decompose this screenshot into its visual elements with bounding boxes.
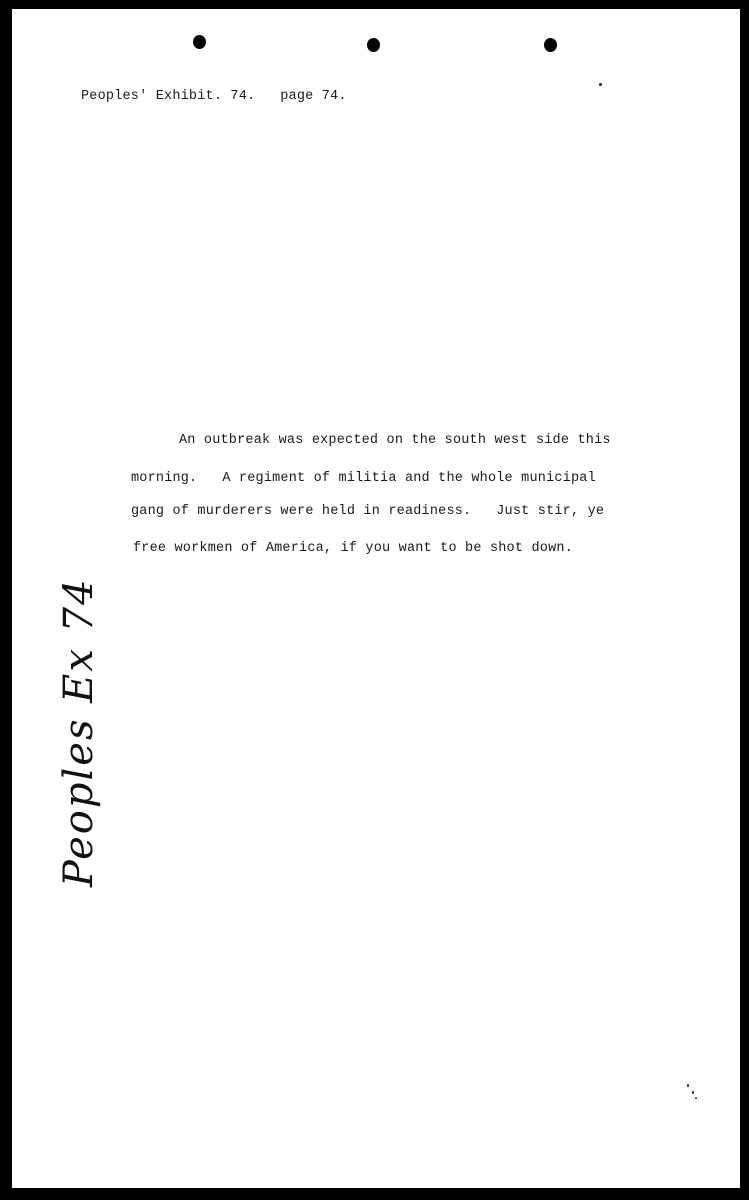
punch-hole-center	[367, 38, 380, 52]
body-line-4: free workmen of America, if you want to …	[133, 541, 573, 556]
ink-speck	[687, 1084, 689, 1087]
document-header: Peoples' Exhibit. 74. page 74.	[81, 89, 347, 104]
document-page: Peoples' Exhibit. 74. page 74. An outbre…	[12, 9, 740, 1188]
punch-hole-right	[544, 38, 557, 52]
handwritten-margin-annotation: Peoples Ex 74	[56, 657, 102, 887]
body-line-3: gang of murderers were held in readiness…	[131, 504, 604, 519]
ink-speck	[695, 1097, 697, 1099]
body-line-1: An outbreak was expected on the south we…	[179, 433, 611, 448]
body-line-2: morning. A regiment of militia and the w…	[131, 471, 596, 486]
punch-hole-left	[193, 35, 206, 49]
ink-speck	[692, 1091, 694, 1094]
ink-speck	[599, 83, 602, 86]
